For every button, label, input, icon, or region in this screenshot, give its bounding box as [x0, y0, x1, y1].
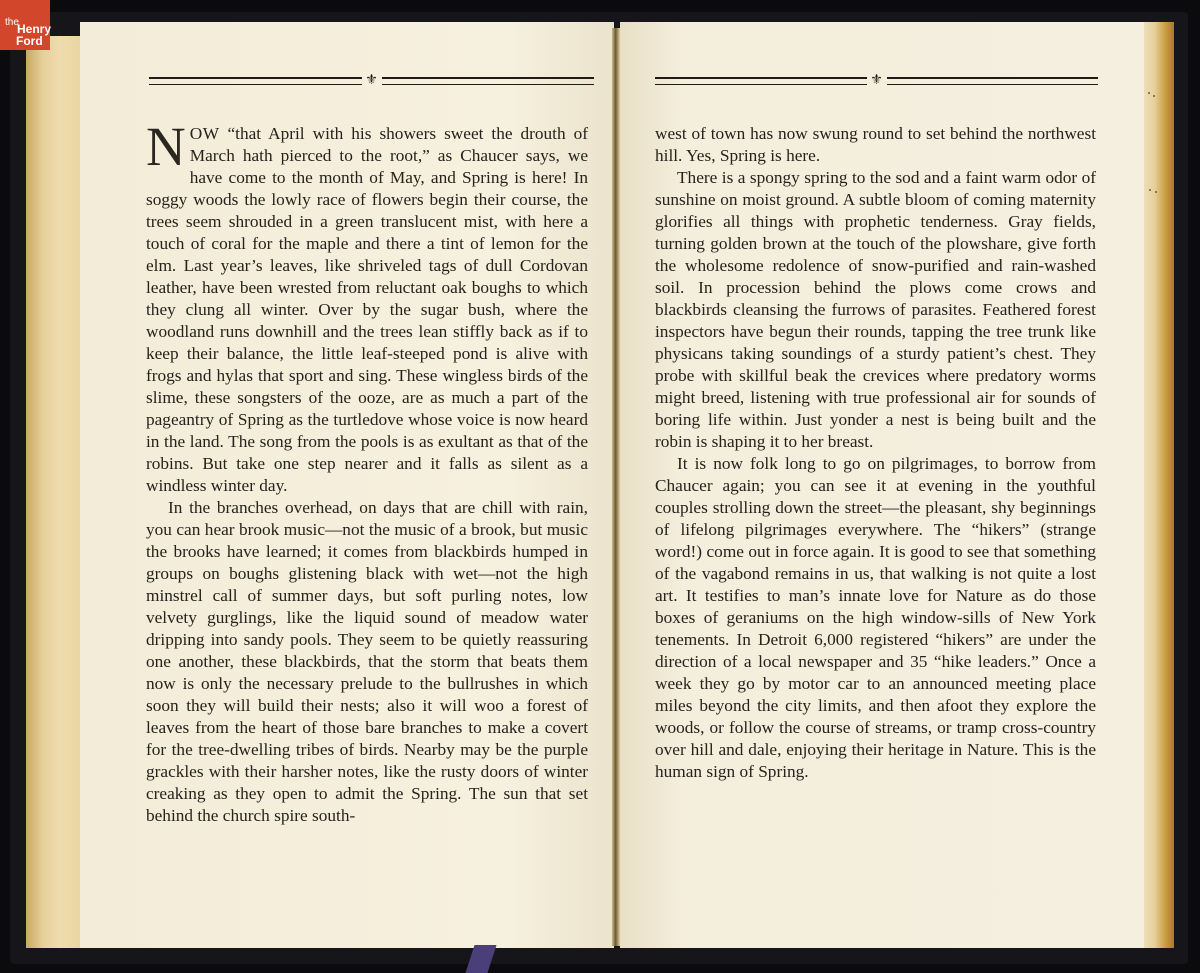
paper-speck: [1153, 95, 1155, 97]
left-page-text: NOW “that April with his showers sweet t…: [146, 123, 588, 827]
page-block-edge-right-gilt: [1142, 22, 1174, 948]
book-gutter: [612, 28, 620, 946]
fleuron-icon: ⚜: [362, 74, 382, 88]
logo-text-ford: Ford: [16, 36, 43, 47]
henry-ford-logo: the Henry Ford: [0, 0, 50, 50]
double-rule: [149, 77, 362, 85]
drop-cap: N: [146, 126, 186, 168]
paragraph-text: “that April with his showers sweet the d…: [146, 124, 588, 495]
paper-speck: [1149, 189, 1151, 191]
paragraph-continuation: west of town has now swung round to set …: [655, 123, 1096, 167]
double-rule: [655, 77, 867, 85]
double-rule: [887, 77, 1099, 85]
page-block-edge-left: [26, 36, 82, 948]
right-page-text: west of town has now swung round to set …: [655, 123, 1096, 783]
paper-speck: [1148, 92, 1150, 94]
paper-speck: [1155, 191, 1157, 193]
header-ornament-left: ⚜: [149, 74, 594, 88]
double-rule: [382, 77, 595, 85]
lead-in: OW: [190, 124, 220, 143]
paragraph: It is now folk long to go on pilgrimages…: [655, 453, 1096, 783]
fleuron-icon: ⚜: [867, 74, 887, 88]
paragraph: There is a spongy spring to the sod and …: [655, 167, 1096, 453]
header-ornament-right: ⚜: [655, 74, 1098, 88]
paragraph: In the branches overhead, on days that a…: [146, 497, 588, 827]
paragraph: NOW “that April with his showers sweet t…: [146, 123, 588, 497]
